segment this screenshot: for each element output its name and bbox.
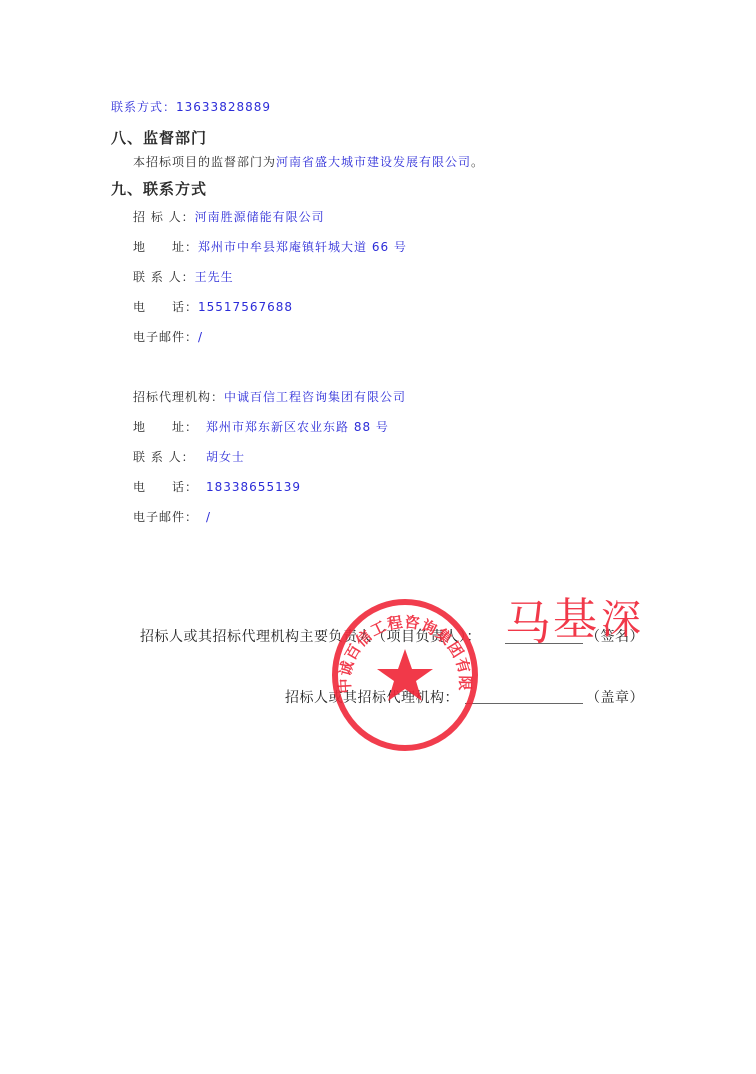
tenderer-name: 河南胜源储能有限公司: [195, 210, 325, 224]
agency-email: /: [206, 510, 211, 524]
agency-address-row: 地 址：郑州市郑东新区农业东路 88 号: [133, 418, 389, 435]
tenderer-contact-label: 联 系 人：: [133, 268, 195, 285]
stamp-line[interactable]: [465, 703, 583, 704]
agency-name-label: 招标代理机构：: [133, 388, 224, 405]
top-contact-value: 13633828889: [176, 100, 271, 114]
agency-contact-row: 联 系 人：胡女士: [133, 448, 245, 465]
agency-email-row: 电子邮件：/: [133, 508, 211, 525]
tenderer-address-label: 地 址：: [133, 238, 198, 255]
tenderer-phone: 15517567688: [198, 300, 293, 314]
company-seal-icon: 中诚百信工程咨询集团有限公司: [330, 597, 480, 752]
agency-name: 中诚百信工程咨询集团有限公司: [224, 390, 406, 404]
tenderer-name-row: 招 标 人：河南胜源储能有限公司: [133, 208, 325, 225]
agency-email-label: 电子邮件：: [133, 508, 206, 525]
tenderer-email-row: 电子邮件：/: [133, 328, 203, 345]
stamp-suffix: （盖章）: [586, 687, 644, 707]
top-contact-line: 联系方式：13633828889: [111, 98, 271, 115]
agency-name-row: 招标代理机构：中诚百信工程咨询集团有限公司: [133, 388, 406, 405]
section8-body: 本招标项目的监督部门为河南省盛大城市建设发展有限公司。: [133, 153, 484, 170]
signature-char-2: 基: [553, 598, 597, 642]
signature-char-3: 深: [601, 600, 641, 640]
tenderer-address-row: 地 址：郑州市中牟县郑庵镇轩城大道 66 号: [133, 238, 407, 255]
agency-address-label: 地 址：: [133, 418, 206, 435]
tenderer-contact: 王先生: [195, 270, 234, 284]
supervisory-org: 河南省盛大城市建设发展有限公司: [276, 155, 471, 169]
tenderer-contact-row: 联 系 人：王先生: [133, 268, 234, 285]
tenderer-email-label: 电子邮件：: [133, 328, 198, 345]
agency-address: 郑州市郑东新区农业东路 88 号: [206, 420, 389, 434]
agency-phone: 18338655139: [206, 480, 301, 494]
section8-body-suffix: 。: [471, 155, 484, 169]
tenderer-phone-row: 电 话：15517567688: [133, 298, 293, 315]
agency-contact: 胡女士: [206, 450, 245, 464]
section8-body-prefix: 本招标项目的监督部门为: [133, 155, 276, 169]
agency-contact-label: 联 系 人：: [133, 448, 206, 465]
top-contact-label: 联系方式：: [111, 100, 176, 114]
section9-title: 九、联系方式: [111, 178, 207, 199]
tenderer-address: 郑州市中牟县郑庵镇轩城大道 66 号: [198, 240, 407, 254]
tenderer-email: /: [198, 330, 203, 344]
signature-char-1: 马: [505, 600, 551, 646]
agency-phone-label: 电 话：: [133, 478, 206, 495]
agency-phone-row: 电 话：18338655139: [133, 478, 301, 495]
tenderer-phone-label: 电 话：: [133, 298, 198, 315]
tenderer-name-label: 招 标 人：: [133, 208, 195, 225]
section8-title: 八、监督部门: [111, 127, 207, 148]
